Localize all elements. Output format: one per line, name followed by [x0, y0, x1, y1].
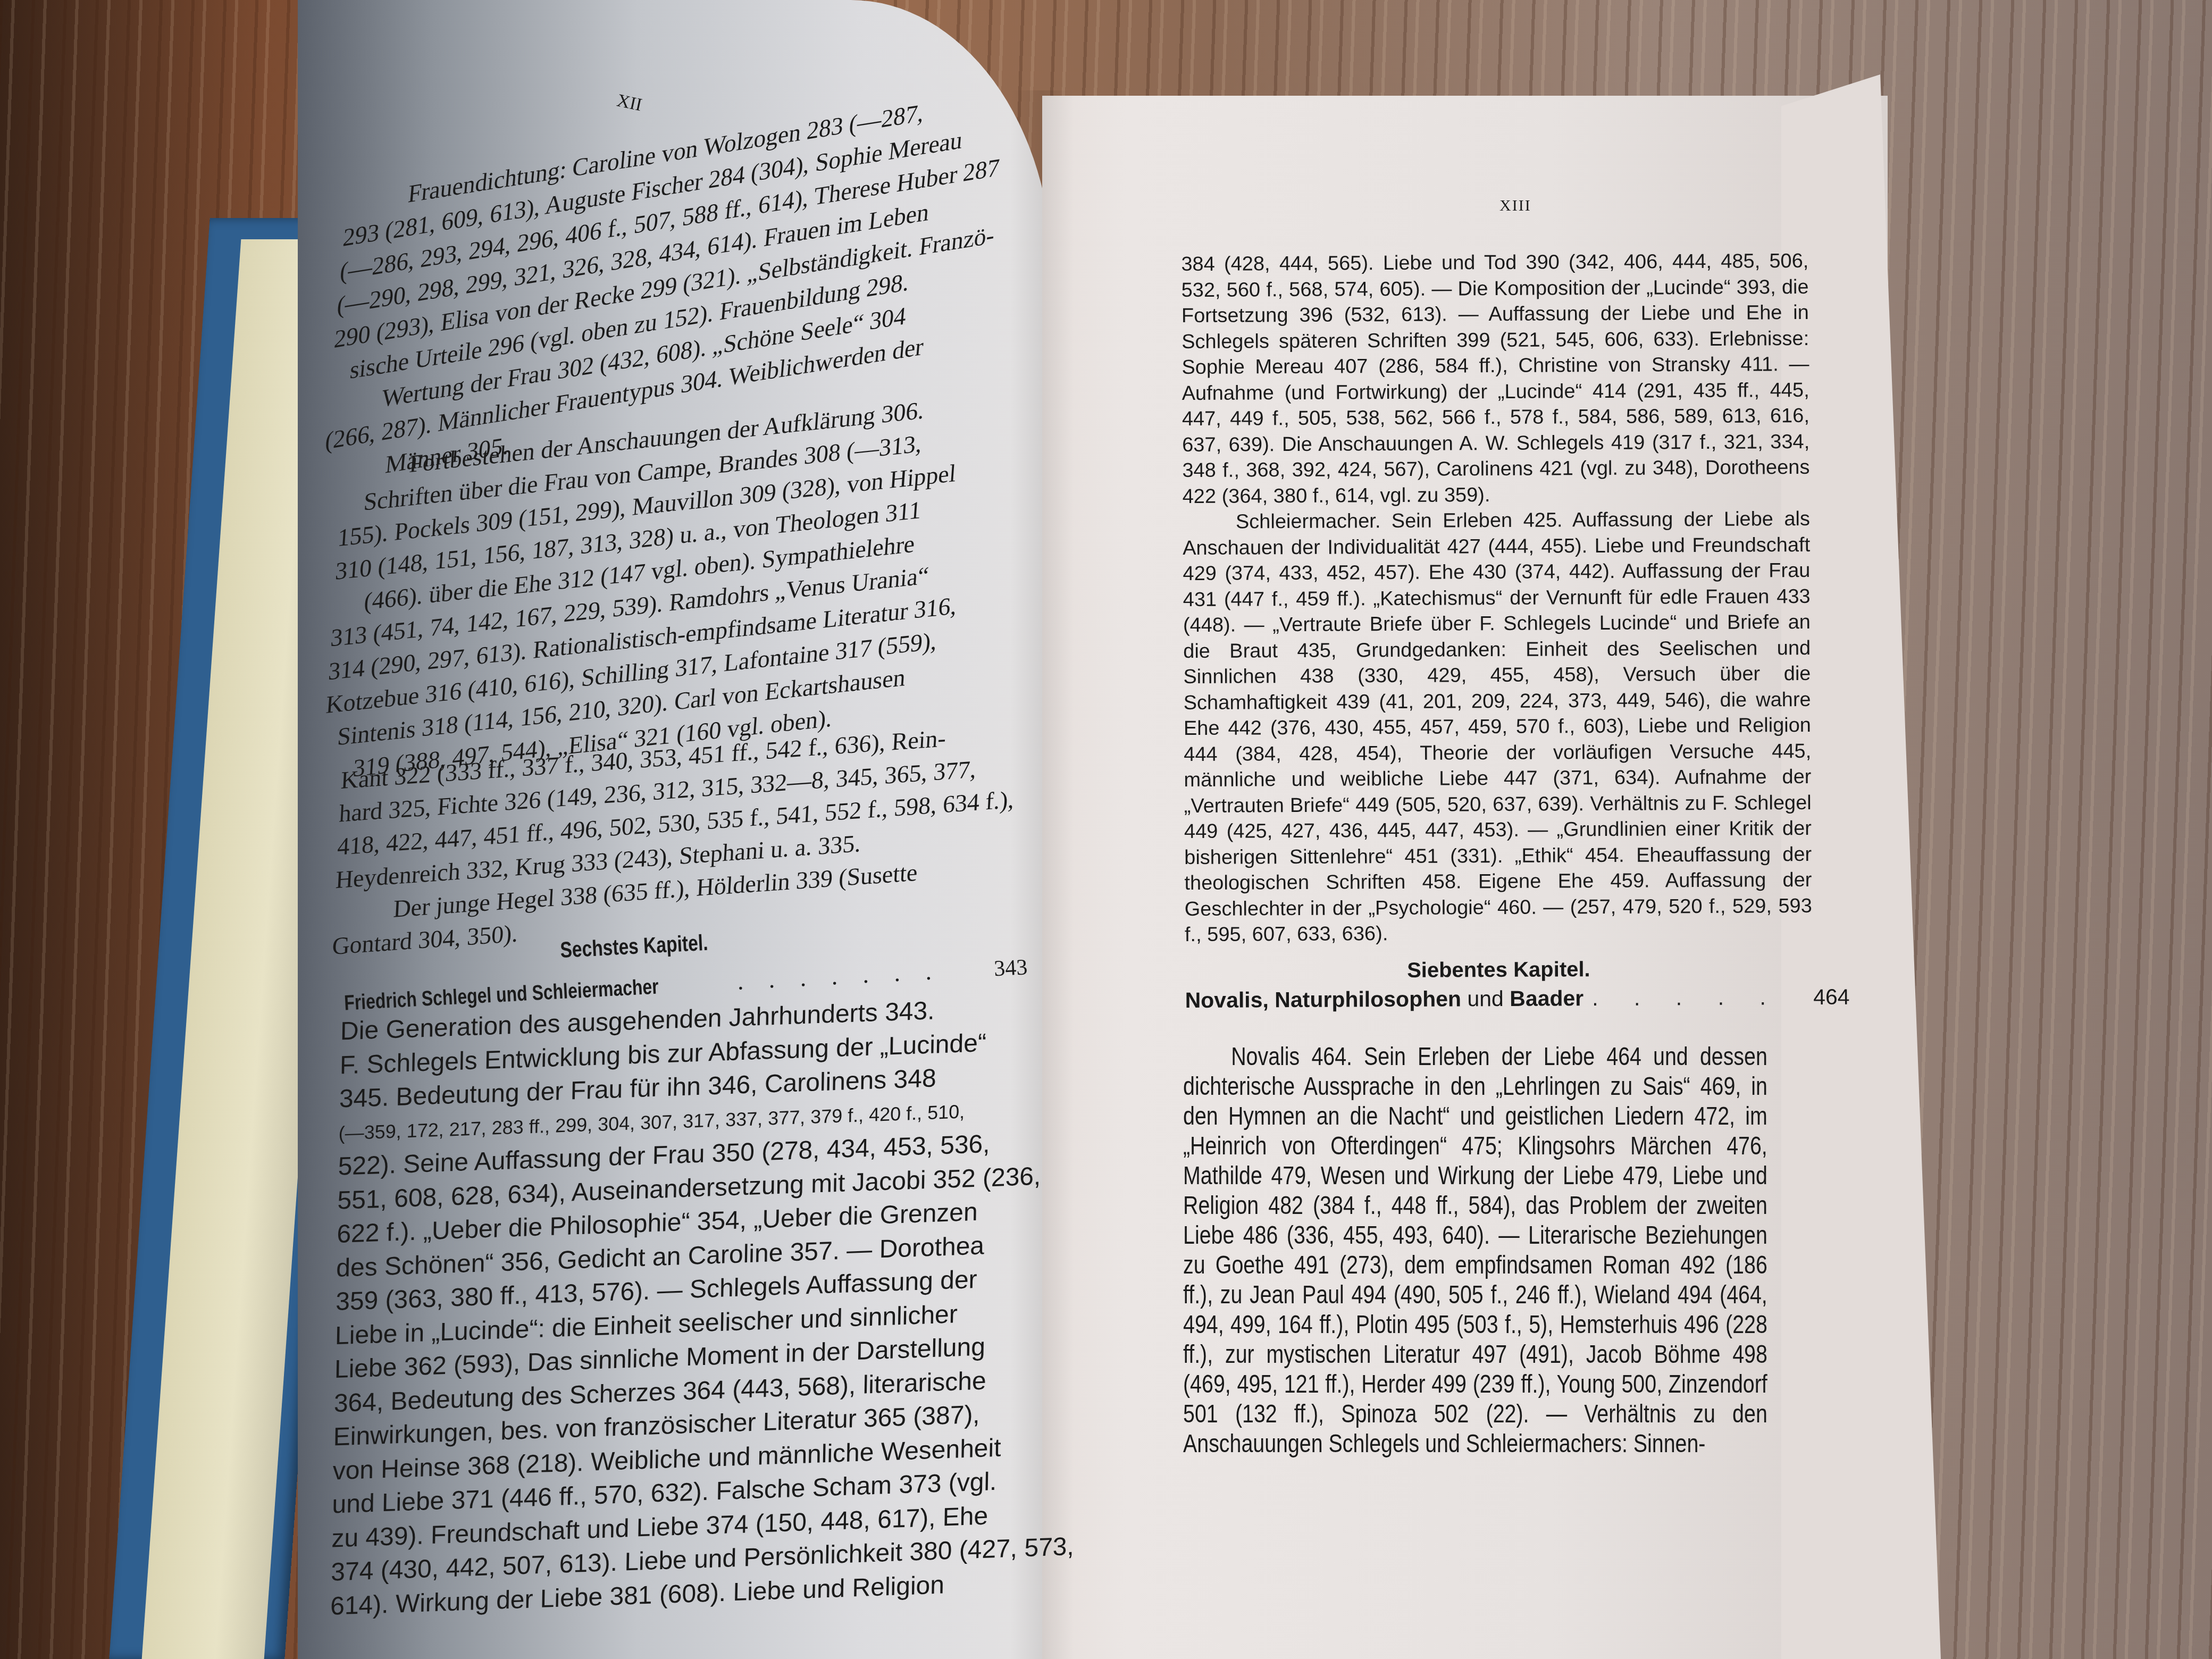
chapter-title-part: und — [1461, 986, 1510, 1011]
book-gutter — [1010, 90, 1074, 1659]
leader-dots: . . . . . . . . — [1583, 984, 1771, 1011]
chapter-body-text: Novalis 464. Sein Erleben der Liebe 464 … — [1183, 1042, 1767, 1459]
chapter-title-part: Baader — [1510, 986, 1583, 1011]
chapter-title-part: Novalis, Naturphilosophen — [1185, 986, 1462, 1012]
toc-paragraph: Schleiermacher. Sein Erleben 425. Auffas… — [1183, 506, 1812, 948]
right-page-text: 384 (428, 444, 565). Liebe und Tod 390 (… — [1181, 248, 1812, 1013]
toc-chapter-entry[interactable]: Novalis, Naturphilosophen und Baader . .… — [1185, 984, 1813, 1013]
body-paragraph: Novalis 464. Sein Erleben der Liebe 464 … — [1183, 1042, 1767, 1459]
chapter-heading-siebentes: Siebentes Kapitel. — [1185, 955, 1812, 984]
chapter-title: Novalis, Naturphilosophen und Baader — [1185, 985, 1584, 1013]
chapter-page-number: 464 — [1813, 984, 1850, 1010]
chapter-page-number: 343 — [993, 951, 1028, 985]
toc-paragraph: 384 (428, 444, 565). Liebe und Tod 390 (… — [1181, 248, 1810, 509]
right-page-number: XIII — [1499, 197, 1531, 215]
